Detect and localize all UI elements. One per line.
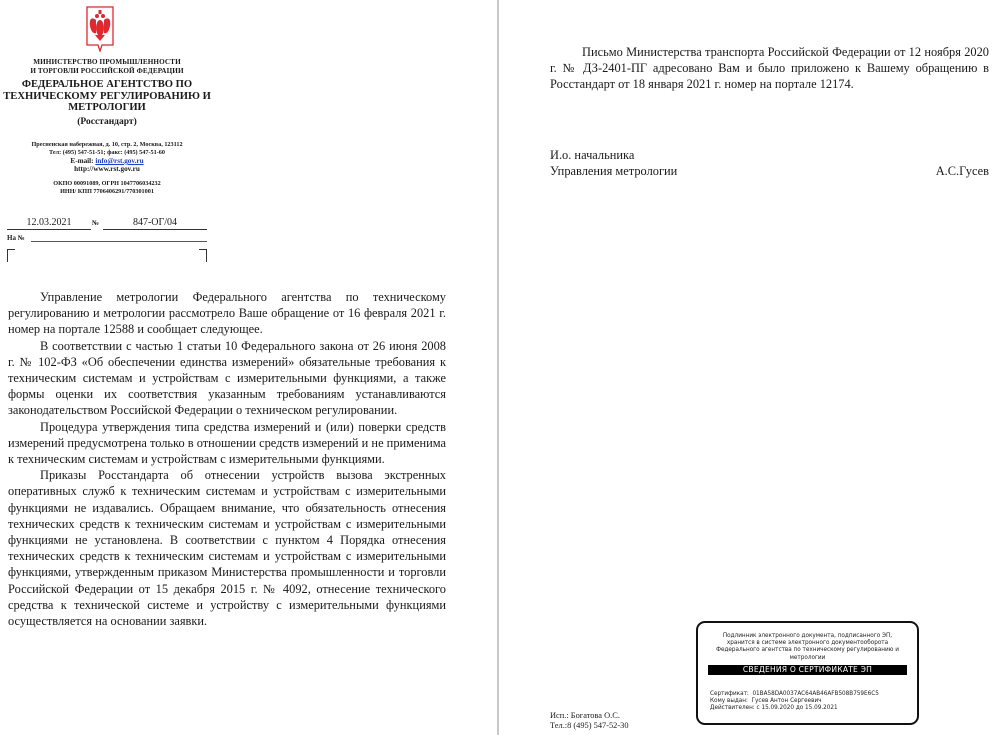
paragraph: Приказы Росстандарта об отнесении устрой… [8,467,446,629]
agency-line: ФЕДЕРАЛЬНОЕ АГЕНТСТВО ПО [0,79,214,91]
signatory-name: А.С.Гусев [936,163,989,179]
stamp-note: Подлинник электронного документа, подпис… [698,633,917,662]
email-label: E-mail: [70,157,95,165]
paragraph: В соответствии с частью 1 статьи 10 Феде… [8,338,446,419]
address-corner-right [199,249,207,262]
executor-block: Исп.: Богатова О.С. Тел.:8 (495) 547-52-… [550,711,629,731]
agency-name: ФЕДЕРАЛЬНОЕ АГЕНТСТВО ПО ТЕХНИЧЕСКОМУ РЕ… [0,79,214,114]
certificate-label: Сертификат: [710,691,749,698]
certificate-value: 01BA58DA0037AC64AB46AFB508B759E6C5 [752,691,878,697]
registration-number: 847-ОГ/04 [103,216,207,230]
ministry-name: МИНИСТЕРСТВО ПРОМЫШЛЕННОСТИ И ТОРГОВЛИ Р… [0,58,214,76]
number-sign: № [92,219,102,227]
address-corner-left [7,249,15,262]
email-line: E-mail: info@rst.gov.ru [0,157,214,165]
registration-date: 12.03.2021 [7,216,91,230]
email-link[interactable]: info@rst.gov.ru [95,157,143,165]
letter-body: Управление метрологии Федерального агент… [8,289,446,629]
signatory-position-line1: И.о. начальника [550,147,989,163]
issued-to-value: Гусев Антон Сергеевич [752,698,822,704]
stamp-note-line: метрологии [710,655,905,662]
okpo-ogrn: ОКПО 00091089, ОГРН 1047706034232 [0,180,214,188]
ministry-line: И ТОРГОВЛИ РОССИЙСКОЙ ФЕДЕРАЦИИ [0,67,214,76]
agency-short-name: (Росстандарт) [0,117,214,127]
address: Пресненская набережная, д. 10, стр. 2, М… [0,141,214,149]
executor-phone: Тел.:8 (495) 547-52-30 [550,721,629,731]
registry-codes: ОКПО 00091089, ОГРН 1047706034232 ИНН/ К… [0,180,214,196]
stamp-note-line: Подлинник электронного документа, подпис… [710,633,905,640]
certificate-details: Сертификат: 01BA58DA0037AC64AB46AFB508B7… [710,691,917,713]
phones: Тел: (495) 547-51-51; факс: (495) 547-51… [0,149,214,157]
letter-body-continued: Письмо Министерства транспорта Российско… [550,44,989,93]
valid-label: Действителен: [710,705,755,712]
e-signature-stamp: Подлинник электронного документа, подпис… [696,621,919,725]
valid-value: с 15.09.2020 до 15.09.2021 [757,705,838,711]
reply-to-field [31,241,207,242]
signatory-position-line2: Управления метрологии [550,163,677,179]
agency-line: МЕТРОЛОГИИ [0,102,214,114]
contact-block: Пресненская набережная, д. 10, стр. 2, М… [0,141,214,173]
letter-page-1: МИНИСТЕРСТВО ПРОМЫШЛЕННОСТИ И ТОРГОВЛИ Р… [0,0,497,735]
paragraph: Процедура утверждения типа средства изме… [8,419,446,468]
signature-block: И.о. начальника Управления метрологии А.… [550,147,989,179]
ministry-line: МИНИСТЕРСТВО ПРОМЫШЛЕННОСТИ [0,58,214,67]
executor-name: Исп.: Богатова О.С. [550,711,629,721]
stamp-note-line: хранится в системе электронного документ… [710,640,905,647]
russian-coat-of-arms-icon [86,6,114,52]
letter-page-2: Письмо Министерства транспорта Российско… [499,0,1000,735]
paragraph: Управление метрологии Федерального агент… [8,289,446,338]
stamp-note-line: Федерального агентства по техническому р… [710,647,905,654]
agency-line: ТЕХНИЧЕСКОМУ РЕГУЛИРОВАНИЮ И [0,91,214,103]
stamp-title: СВЕДЕНИЯ О СЕРТИФИКАТЕ ЭП [708,665,907,675]
reply-to-label: На № [7,234,25,242]
paragraph: Письмо Министерства транспорта Российско… [550,44,989,93]
inn-kpp: ИНН/ КПП 7706406291/770301001 [0,188,214,196]
website: http://www.rst.gov.ru [0,165,214,173]
